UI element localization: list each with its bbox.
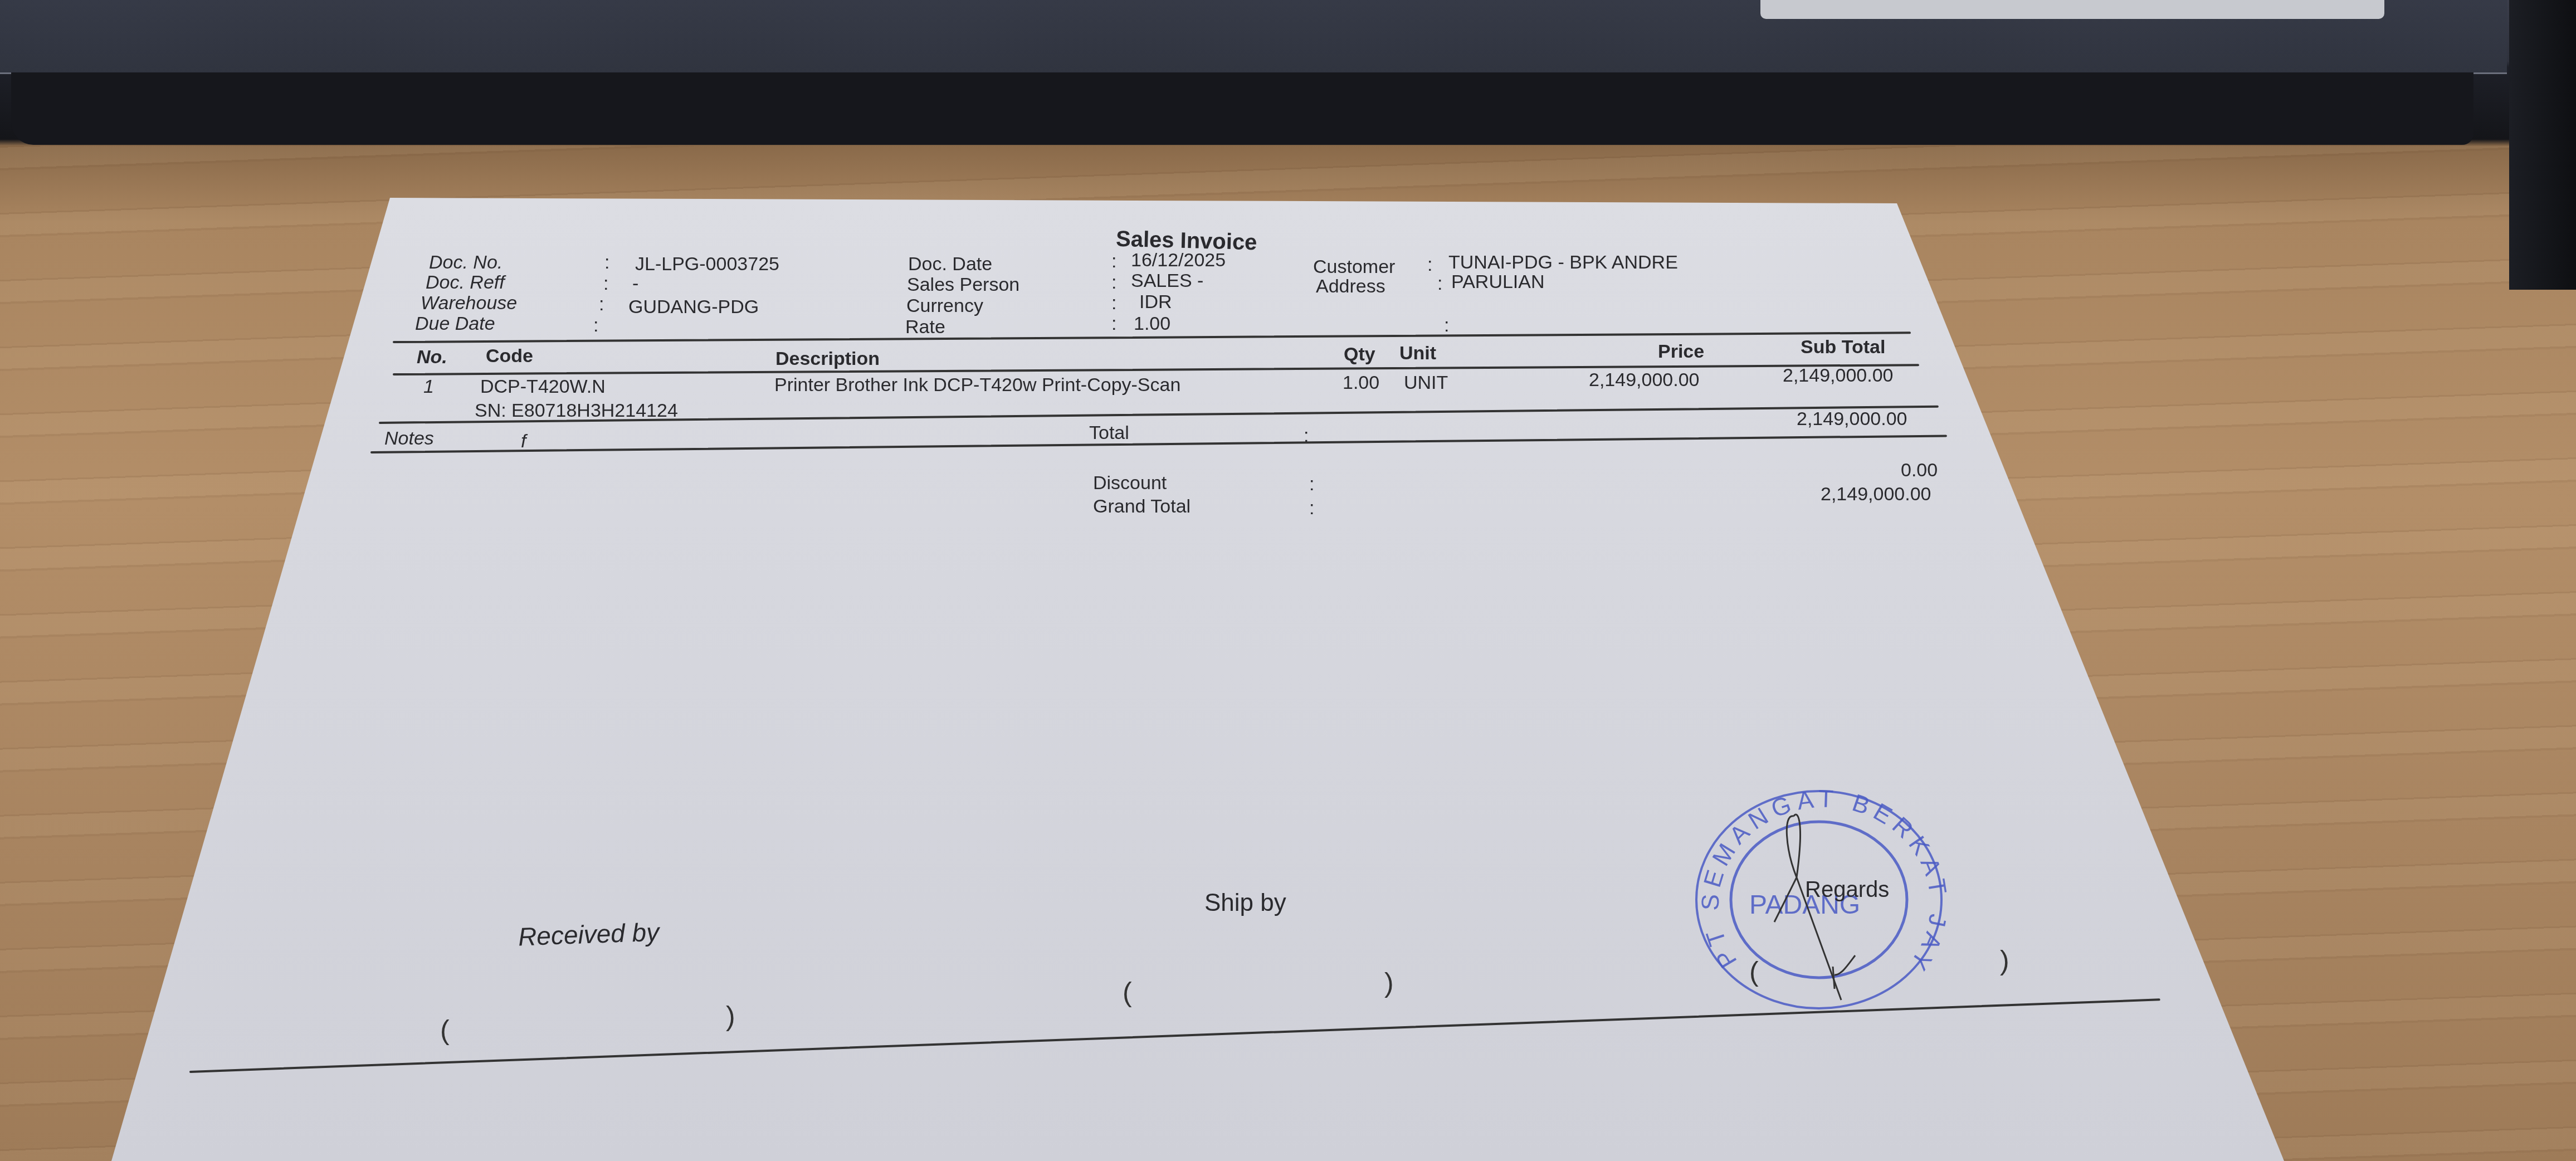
row-no: 1 xyxy=(423,376,434,398)
row-qty: 1.00 xyxy=(1343,372,1379,394)
sales-person-label: Sales Person xyxy=(907,274,1019,296)
notes-label: Notes xyxy=(384,428,434,450)
doc-reff-value: - xyxy=(632,273,638,295)
total-value: 2,149,000.00 xyxy=(1797,408,1907,430)
sep: : xyxy=(593,315,598,336)
sales-invoice: Sales Invoice Doc. No. : JL-LPG-0003725 … xyxy=(0,0,2576,1161)
col-no: No. xyxy=(417,347,447,368)
row-unit: UNIT xyxy=(1404,372,1448,394)
col-price: Price xyxy=(1658,341,1704,363)
row-subtotal: 2,149,000.00 xyxy=(1783,365,1894,387)
rate-value: 1.00 xyxy=(1134,313,1170,335)
received-by-open-paren: ( xyxy=(440,1014,450,1046)
doc-date-label: Doc. Date xyxy=(908,253,992,275)
regards-label: Regards xyxy=(1805,877,1889,902)
col-code: Code xyxy=(486,345,533,367)
col-description: Description xyxy=(775,348,880,370)
sep: : xyxy=(1427,254,1432,276)
received-by-close-paren: ) xyxy=(726,1000,735,1032)
warehouse-value: GUDANG-PDG xyxy=(628,296,759,318)
regards-close-paren: ) xyxy=(2000,944,2009,977)
sep: : xyxy=(1309,497,1314,519)
sep: : xyxy=(599,294,604,315)
ship-by-close-paren: ) xyxy=(1384,967,1394,999)
sep: : xyxy=(604,252,609,274)
row-description: Printer Brother Ink DCP-T420w Print-Copy… xyxy=(774,374,1180,396)
address-value-sep: : xyxy=(1437,273,1442,295)
doc-date-value: 16/12/2025 xyxy=(1131,250,1226,271)
grand-total-value: 2,149,000.00 xyxy=(1821,484,1931,505)
doc-reff-label: Doc. Reff xyxy=(426,272,505,294)
row-price: 2,149,000.00 xyxy=(1589,369,1700,391)
total-divider xyxy=(370,435,1947,453)
col-subtotal: Sub Total xyxy=(1801,336,1885,358)
total-label: Total xyxy=(1089,422,1129,444)
warehouse-label: Warehouse xyxy=(421,292,517,314)
discount-value: 0.00 xyxy=(1901,460,1938,481)
sep: : xyxy=(1111,292,1116,314)
sep: : xyxy=(603,273,608,295)
sep: : xyxy=(1111,313,1116,335)
discount-label: Discount xyxy=(1093,472,1167,494)
sep: : xyxy=(1309,474,1314,495)
col-qty: Qty xyxy=(1344,344,1375,365)
customer-value: TUNAI-PDG - BPK ANDRE xyxy=(1448,252,1678,274)
col-unit: Unit xyxy=(1399,343,1436,364)
customer-label: Customer xyxy=(1313,256,1395,278)
address-label: Address xyxy=(1316,276,1385,297)
currency-label: Currency xyxy=(906,295,983,317)
currency-value: IDR xyxy=(1139,291,1172,313)
sep: : xyxy=(1111,272,1116,294)
ship-by-open-paren: ( xyxy=(1123,976,1132,1008)
company-stamp: PT SEMANGAT BERKAT JAYA PADANG Regards xyxy=(1685,783,1947,1017)
row-code: DCP-T420W.N xyxy=(480,376,606,398)
rate-label: Rate xyxy=(905,316,945,338)
sales-person-value: SALES - xyxy=(1131,270,1203,292)
due-date-label: Due Date xyxy=(415,313,495,335)
grand-total-label: Grand Total xyxy=(1093,496,1191,518)
sep: : xyxy=(1444,315,1449,336)
ship-by-label: Ship by xyxy=(1204,889,1286,917)
received-by-label: Received by xyxy=(518,917,660,952)
doc-no-value: JL-LPG-0003725 xyxy=(635,253,779,275)
sep: : xyxy=(1111,251,1116,272)
doc-no-label: Doc. No. xyxy=(429,252,502,274)
address-value: PARULIAN xyxy=(1451,271,1545,293)
